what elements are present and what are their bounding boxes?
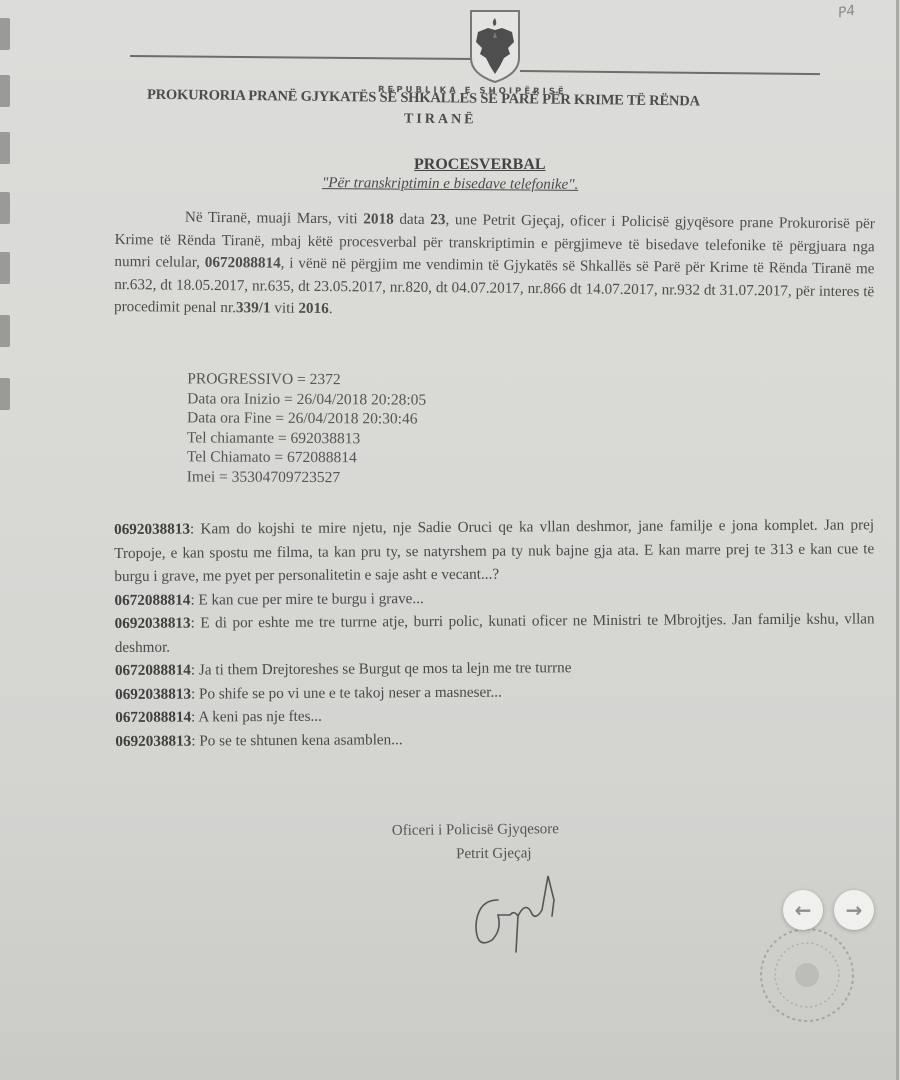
utterance-text: : Kam do kojshi te mire njetu, nje Sadie… bbox=[114, 516, 874, 585]
highlighted-value: 339/1 bbox=[236, 299, 271, 316]
speaker-number: 0692038813 bbox=[115, 685, 191, 702]
binder-tab bbox=[0, 252, 10, 284]
binder-tab bbox=[0, 192, 10, 224]
document-title: PROCESVERBAL bbox=[414, 156, 546, 174]
header-rule-right bbox=[520, 70, 820, 75]
speaker-number: 0672088814 bbox=[114, 591, 190, 608]
utterance-text: : E kan cue per mire te burgu i grave... bbox=[190, 590, 423, 608]
handwritten-page-note: P4 bbox=[837, 3, 857, 22]
document-page: P4 REPUBLIKA E SHQIPËRISË PROKURORIA PRA… bbox=[0, 0, 899, 1080]
handwritten-signature bbox=[468, 870, 588, 960]
signature-block: Oficeri i Policisë Gjyqesore Petrit Gjeç… bbox=[392, 817, 560, 867]
document-subtitle: "Për transkriptimin e bisedave telefonik… bbox=[322, 175, 578, 194]
transcript: 0692038813: Kam do kojshi te mire njetu,… bbox=[114, 513, 875, 753]
binder-tab bbox=[0, 378, 10, 410]
institution-heading: PROKURORIA PRANË GJYKATËS SË SHKALLES SË… bbox=[147, 87, 847, 113]
speaker-number: 0692038813 bbox=[114, 521, 190, 538]
metadata-line: Tel chiamante = 692038813 bbox=[187, 428, 426, 449]
highlighted-value: 23 bbox=[430, 211, 445, 228]
city-heading: TIRANË bbox=[404, 112, 477, 129]
albanian-eagle-emblem-icon bbox=[468, 8, 522, 84]
intro-run: data bbox=[394, 211, 431, 228]
header-rule-left bbox=[130, 55, 475, 60]
signer-name: Petrit Gjeçaj bbox=[392, 841, 559, 867]
highlighted-value: 0672088814 bbox=[205, 254, 281, 272]
intro-paragraph: Në Tiranë, muaji Mars, viti 2018 data 23… bbox=[114, 206, 875, 326]
signer-role: Oficeri i Policisë Gjyqesore bbox=[392, 817, 559, 843]
metadata-line: Tel Chiamato = 672088814 bbox=[187, 447, 426, 468]
intro-text: Në Tiranë, muaji Mars, viti 2018 data 23… bbox=[114, 206, 875, 326]
utterance-text: : Po shife se po vi une e te takoj neser… bbox=[191, 683, 502, 702]
transcript-line: 0692038813: E di por eshte me tre turrne… bbox=[115, 607, 875, 659]
utterance-text: : Po se te shtunen kena asamblen... bbox=[191, 731, 402, 749]
utterance-text: : E di por eshte me tre turrne atje, bur… bbox=[115, 610, 875, 655]
arrow-right-icon: → bbox=[846, 898, 863, 922]
metadata-line: Data ora Inizio = 26/04/2018 20:28:05 bbox=[187, 389, 426, 410]
binder-tab bbox=[0, 132, 10, 164]
utterance-text: : A keni pas nje ftes... bbox=[191, 708, 322, 726]
binder-tab bbox=[0, 315, 10, 347]
next-image-button[interactable]: → bbox=[834, 890, 874, 930]
official-stamp bbox=[752, 920, 862, 1030]
utterance-text: : Ja ti them Drejtoreshes se Burgut qe m… bbox=[191, 659, 572, 678]
speaker-number: 0672088814 bbox=[115, 709, 191, 726]
metadata-line: PROGRESSIVO = 2372 bbox=[187, 369, 426, 390]
speaker-number: 0692038813 bbox=[115, 732, 191, 749]
metadata-line: Data ora Fine = 26/04/2018 20:30:46 bbox=[187, 408, 426, 429]
highlighted-value: 2018 bbox=[363, 210, 394, 227]
intro-run: Në Tiranë, muaji Mars, viti bbox=[185, 209, 364, 228]
intro-run: viti bbox=[270, 299, 298, 316]
call-metadata: PROGRESSIVO = 2372Data ora Inizio = 26/0… bbox=[187, 369, 427, 487]
metadata-line: Imei = 35304709723527 bbox=[187, 467, 426, 488]
previous-image-button[interactable]: ← bbox=[783, 890, 823, 930]
transcript-line: 0692038813: Po se te shtunen kena asambl… bbox=[115, 725, 875, 753]
transcript-line: 0692038813: Kam do kojshi te mire njetu,… bbox=[114, 513, 874, 588]
intro-run: . bbox=[329, 300, 333, 317]
highlighted-value: 2016 bbox=[298, 300, 329, 317]
binder-tab bbox=[0, 75, 10, 107]
binder-tab bbox=[0, 18, 10, 50]
speaker-number: 0692038813 bbox=[115, 615, 191, 632]
speaker-number: 0672088814 bbox=[115, 662, 191, 679]
arrow-left-icon: ← bbox=[795, 898, 812, 922]
